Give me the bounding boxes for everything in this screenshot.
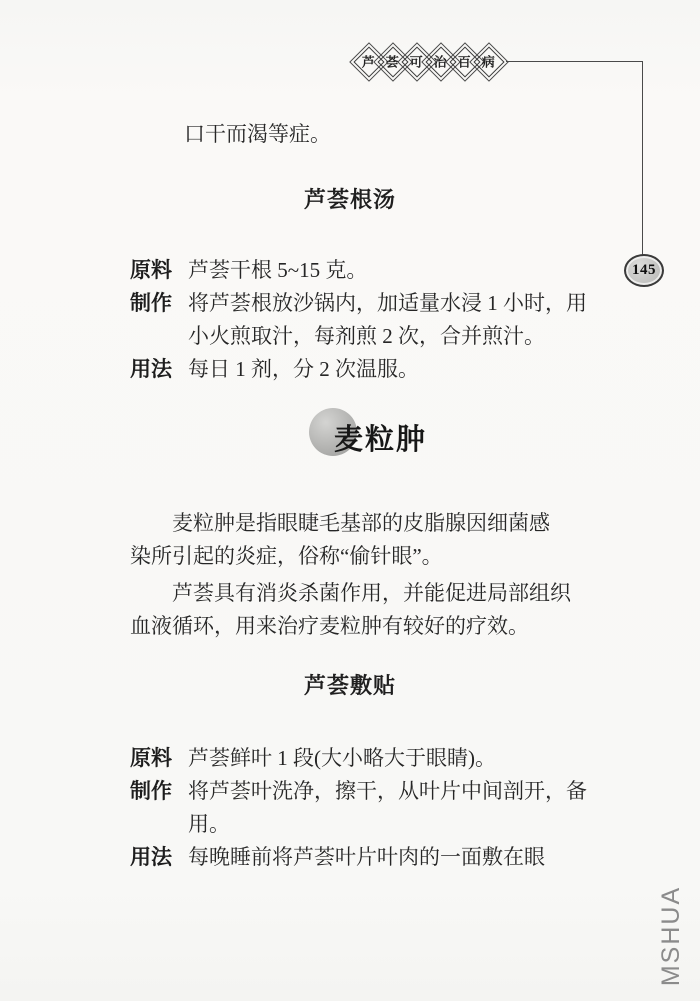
header-title-ornament: 芦 荟 可 治 百 病: [357, 51, 501, 73]
header-rule-horizontal: [506, 61, 643, 62]
header-char: 病: [482, 55, 495, 68]
recipe2-title: 芦荟敷贴: [0, 669, 700, 702]
row-text: 将芦荟叶洗净，擦干，从叶片中间剖开，备 用。: [188, 775, 600, 841]
text-line: 小火煎取汁，每剂煎 2 次，合并煎汁。: [188, 320, 600, 353]
paragraph: 芦荟具有消炎杀菌作用，并能促进局部组织 血液循环，用来治疗麦粒肿有较好的疗效。: [130, 577, 592, 643]
text-line: 芦荟干根 5~15 克。: [188, 254, 600, 287]
text-line: 每日 1 剂，分 2 次温服。: [188, 353, 600, 386]
row-label: 原料: [130, 742, 174, 775]
page-number-badge: 145: [624, 254, 664, 287]
header-char: 荟: [386, 55, 399, 68]
recipe-row-ingredients: 原料 芦荟鲜叶 1 段(大小略大于眼睛)。: [130, 742, 600, 775]
row-text: 芦荟干根 5~15 克。: [188, 254, 600, 287]
header-char: 芦: [362, 55, 375, 68]
intro-line: 口干而渴等症。: [184, 118, 331, 151]
paragraph: 麦粒肿是指眼睫毛基部的皮脂腺因细菌感 染所引起的炎症，俗称“偷针眼”。: [130, 507, 592, 573]
watermark: MSHUA: [658, 871, 684, 1001]
header-char: 百: [458, 55, 471, 68]
recipe-row-preparation: 制作 将芦荟叶洗净，擦干，从叶片中间剖开，备 用。: [130, 775, 600, 841]
text-line: 将芦荟叶洗净，擦干，从叶片中间剖开，备: [188, 775, 600, 808]
text-line: 芦荟具有消炎杀菌作用，并能促进局部组织: [130, 577, 592, 610]
recipe1-title: 芦荟根汤: [0, 183, 700, 216]
header-rule-vertical: [642, 61, 643, 255]
row-label: 用法: [130, 841, 174, 874]
row-label: 用法: [130, 353, 174, 386]
section-paragraphs: 麦粒肿是指眼睫毛基部的皮脂腺因细菌感 染所引起的炎症，俗称“偷针眼”。 芦荟具有…: [130, 507, 592, 647]
text-line: 麦粒肿是指眼睫毛基部的皮脂腺因细菌感: [130, 507, 592, 540]
row-label: 原料: [130, 254, 174, 287]
text-line: 用。: [188, 808, 600, 841]
recipe-row-ingredients: 原料 芦荟干根 5~15 克。: [130, 254, 600, 287]
text-line: 芦荟鲜叶 1 段(大小略大于眼睛)。: [188, 742, 600, 775]
row-text: 每日 1 剂，分 2 次温服。: [188, 353, 600, 386]
section-title: 麦粒肿: [334, 422, 427, 458]
page-number: 145: [632, 262, 656, 279]
recipe-row-usage: 用法 每晚睡前将芦荟叶片叶肉的一面敷在眼: [130, 841, 600, 874]
row-text: 芦荟鲜叶 1 段(大小略大于眼睛)。: [188, 742, 600, 775]
book-page: 芦 荟 可 治 百 病 145 口干而渴等症。 芦荟根汤 原料 芦荟干根 5~1…: [0, 0, 700, 1001]
recipe-row-preparation: 制作 将芦荟根放沙锅内，加适量水浸 1 小时，用 小火煎取汁，每剂煎 2 次，合…: [130, 287, 600, 353]
row-text: 每晚睡前将芦荟叶片叶肉的一面敷在眼: [188, 841, 600, 874]
recipe2-rows: 原料 芦荟鲜叶 1 段(大小略大于眼睛)。 制作 将芦荟叶洗净，擦干，从叶片中间…: [130, 742, 600, 874]
text-line: 血液循环，用来治疗麦粒肿有较好的疗效。: [130, 610, 592, 643]
recipe1-rows: 原料 芦荟干根 5~15 克。 制作 将芦荟根放沙锅内，加适量水浸 1 小时，用…: [130, 254, 600, 386]
row-label: 制作: [130, 287, 174, 320]
recipe-row-usage: 用法 每日 1 剂，分 2 次温服。: [130, 353, 600, 386]
header-char: 治: [434, 55, 447, 68]
row-label: 制作: [130, 775, 174, 808]
row-text: 将芦荟根放沙锅内，加适量水浸 1 小时，用 小火煎取汁，每剂煎 2 次，合并煎汁…: [188, 287, 600, 353]
header-diamond: 病: [473, 46, 504, 77]
text-line: 染所引起的炎症，俗称“偷针眼”。: [130, 540, 592, 573]
text-line: 将芦荟根放沙锅内，加适量水浸 1 小时，用: [188, 287, 600, 320]
text-line: 每晚睡前将芦荟叶片叶肉的一面敷在眼: [188, 841, 600, 874]
header-char: 可: [410, 55, 423, 68]
